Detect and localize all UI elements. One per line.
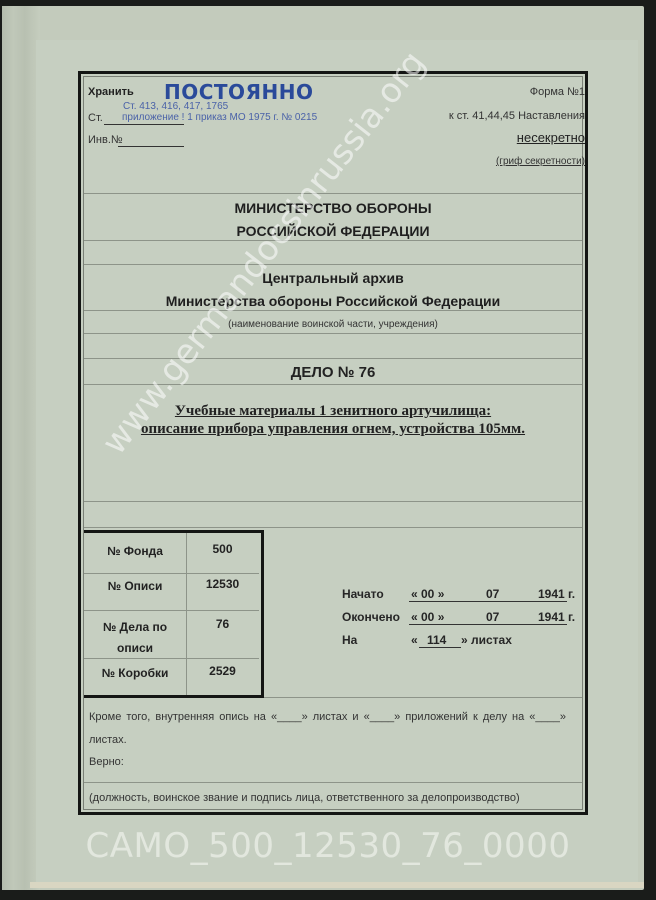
stamp-order: приложение ! 1 приказ МО 1975 г. № 0215 [122, 112, 317, 123]
classification-caption: (гриф секретности) [496, 156, 585, 167]
table-label-fond: № Фонда [84, 544, 186, 558]
article-blank [104, 124, 184, 125]
article-label: Ст. [88, 112, 103, 124]
inventory-line: Кроме того, внутренняя опись на «____» л… [89, 711, 566, 723]
inventory-blank [118, 146, 184, 147]
started-underline [409, 601, 567, 602]
archive-line1: Центральный архив [84, 270, 582, 286]
ended-year: 1941 [538, 610, 565, 624]
table-label-delo: № Дела по описи [92, 617, 178, 659]
table-value-opis: 12530 [186, 577, 259, 591]
table-value-box: 2529 [186, 664, 259, 678]
rule [84, 782, 582, 783]
classification: несекретно [517, 130, 585, 145]
ended-underline [409, 624, 567, 625]
sheets-underline [419, 647, 461, 648]
case-description-line2: описание прибора управления огнем, устро… [84, 421, 582, 438]
sheets-label: На [342, 633, 357, 647]
form-label: Форма №1 [530, 86, 585, 98]
table-value-fond: 500 [186, 542, 259, 556]
certified-label: Верно: [89, 756, 124, 768]
ended-label: Окончено [342, 610, 400, 624]
rule [84, 333, 582, 334]
folder-bottom-edge [30, 882, 644, 888]
sheets-open: « [411, 633, 418, 647]
signature-caption: (должность, воинское звание и подпись ли… [89, 792, 520, 804]
ended-month: 07 [486, 610, 499, 624]
inventory-line2: листах. [89, 734, 127, 746]
sheets-close: » листах [461, 633, 512, 647]
rule [84, 240, 582, 241]
sheets-count: 114 [427, 633, 446, 647]
ministry-line2: РОССИЙСКОЙ ФЕДЕРАЦИИ [84, 223, 582, 239]
started-month: 07 [486, 587, 499, 601]
started-label: Начато [342, 587, 384, 601]
inventory-label: Инв.№ [88, 134, 123, 146]
rule [84, 501, 582, 502]
rule [84, 264, 582, 265]
table-label-box: № Коробки [84, 666, 186, 680]
instruction-ref: к ст. 41,44,45 Наставления [449, 110, 585, 122]
table-label-opis: № Описи [84, 579, 186, 593]
table-value-delo: 76 [186, 617, 259, 631]
started-year-suffix: г. [568, 587, 575, 601]
rule [84, 310, 582, 311]
archive-caption: (наименование воинской части, учреждения… [84, 319, 582, 330]
store-label: Хранить [88, 86, 134, 98]
stamp-articles: Ст. 413, 416, 417, 1765 [123, 101, 228, 112]
ministry-line1: МИНИСТЕРСТВО ОБОРОНЫ [84, 200, 582, 216]
rule [84, 527, 582, 528]
archive-reference-table: № Фонда 500 № Описи 12530 № Дела по опис… [84, 530, 264, 698]
rule [264, 697, 582, 698]
ended-year-suffix: г. [568, 610, 575, 624]
archive-line2: Министерства обороны Российской Федераци… [84, 293, 582, 309]
ended-day: « 00 » [411, 610, 444, 624]
folder-spine [2, 6, 40, 890]
started-year: 1941 [538, 587, 565, 601]
image-id-label: CAMO_500_12530_76_0000 [0, 826, 656, 866]
started-day: « 00 » [411, 587, 444, 601]
